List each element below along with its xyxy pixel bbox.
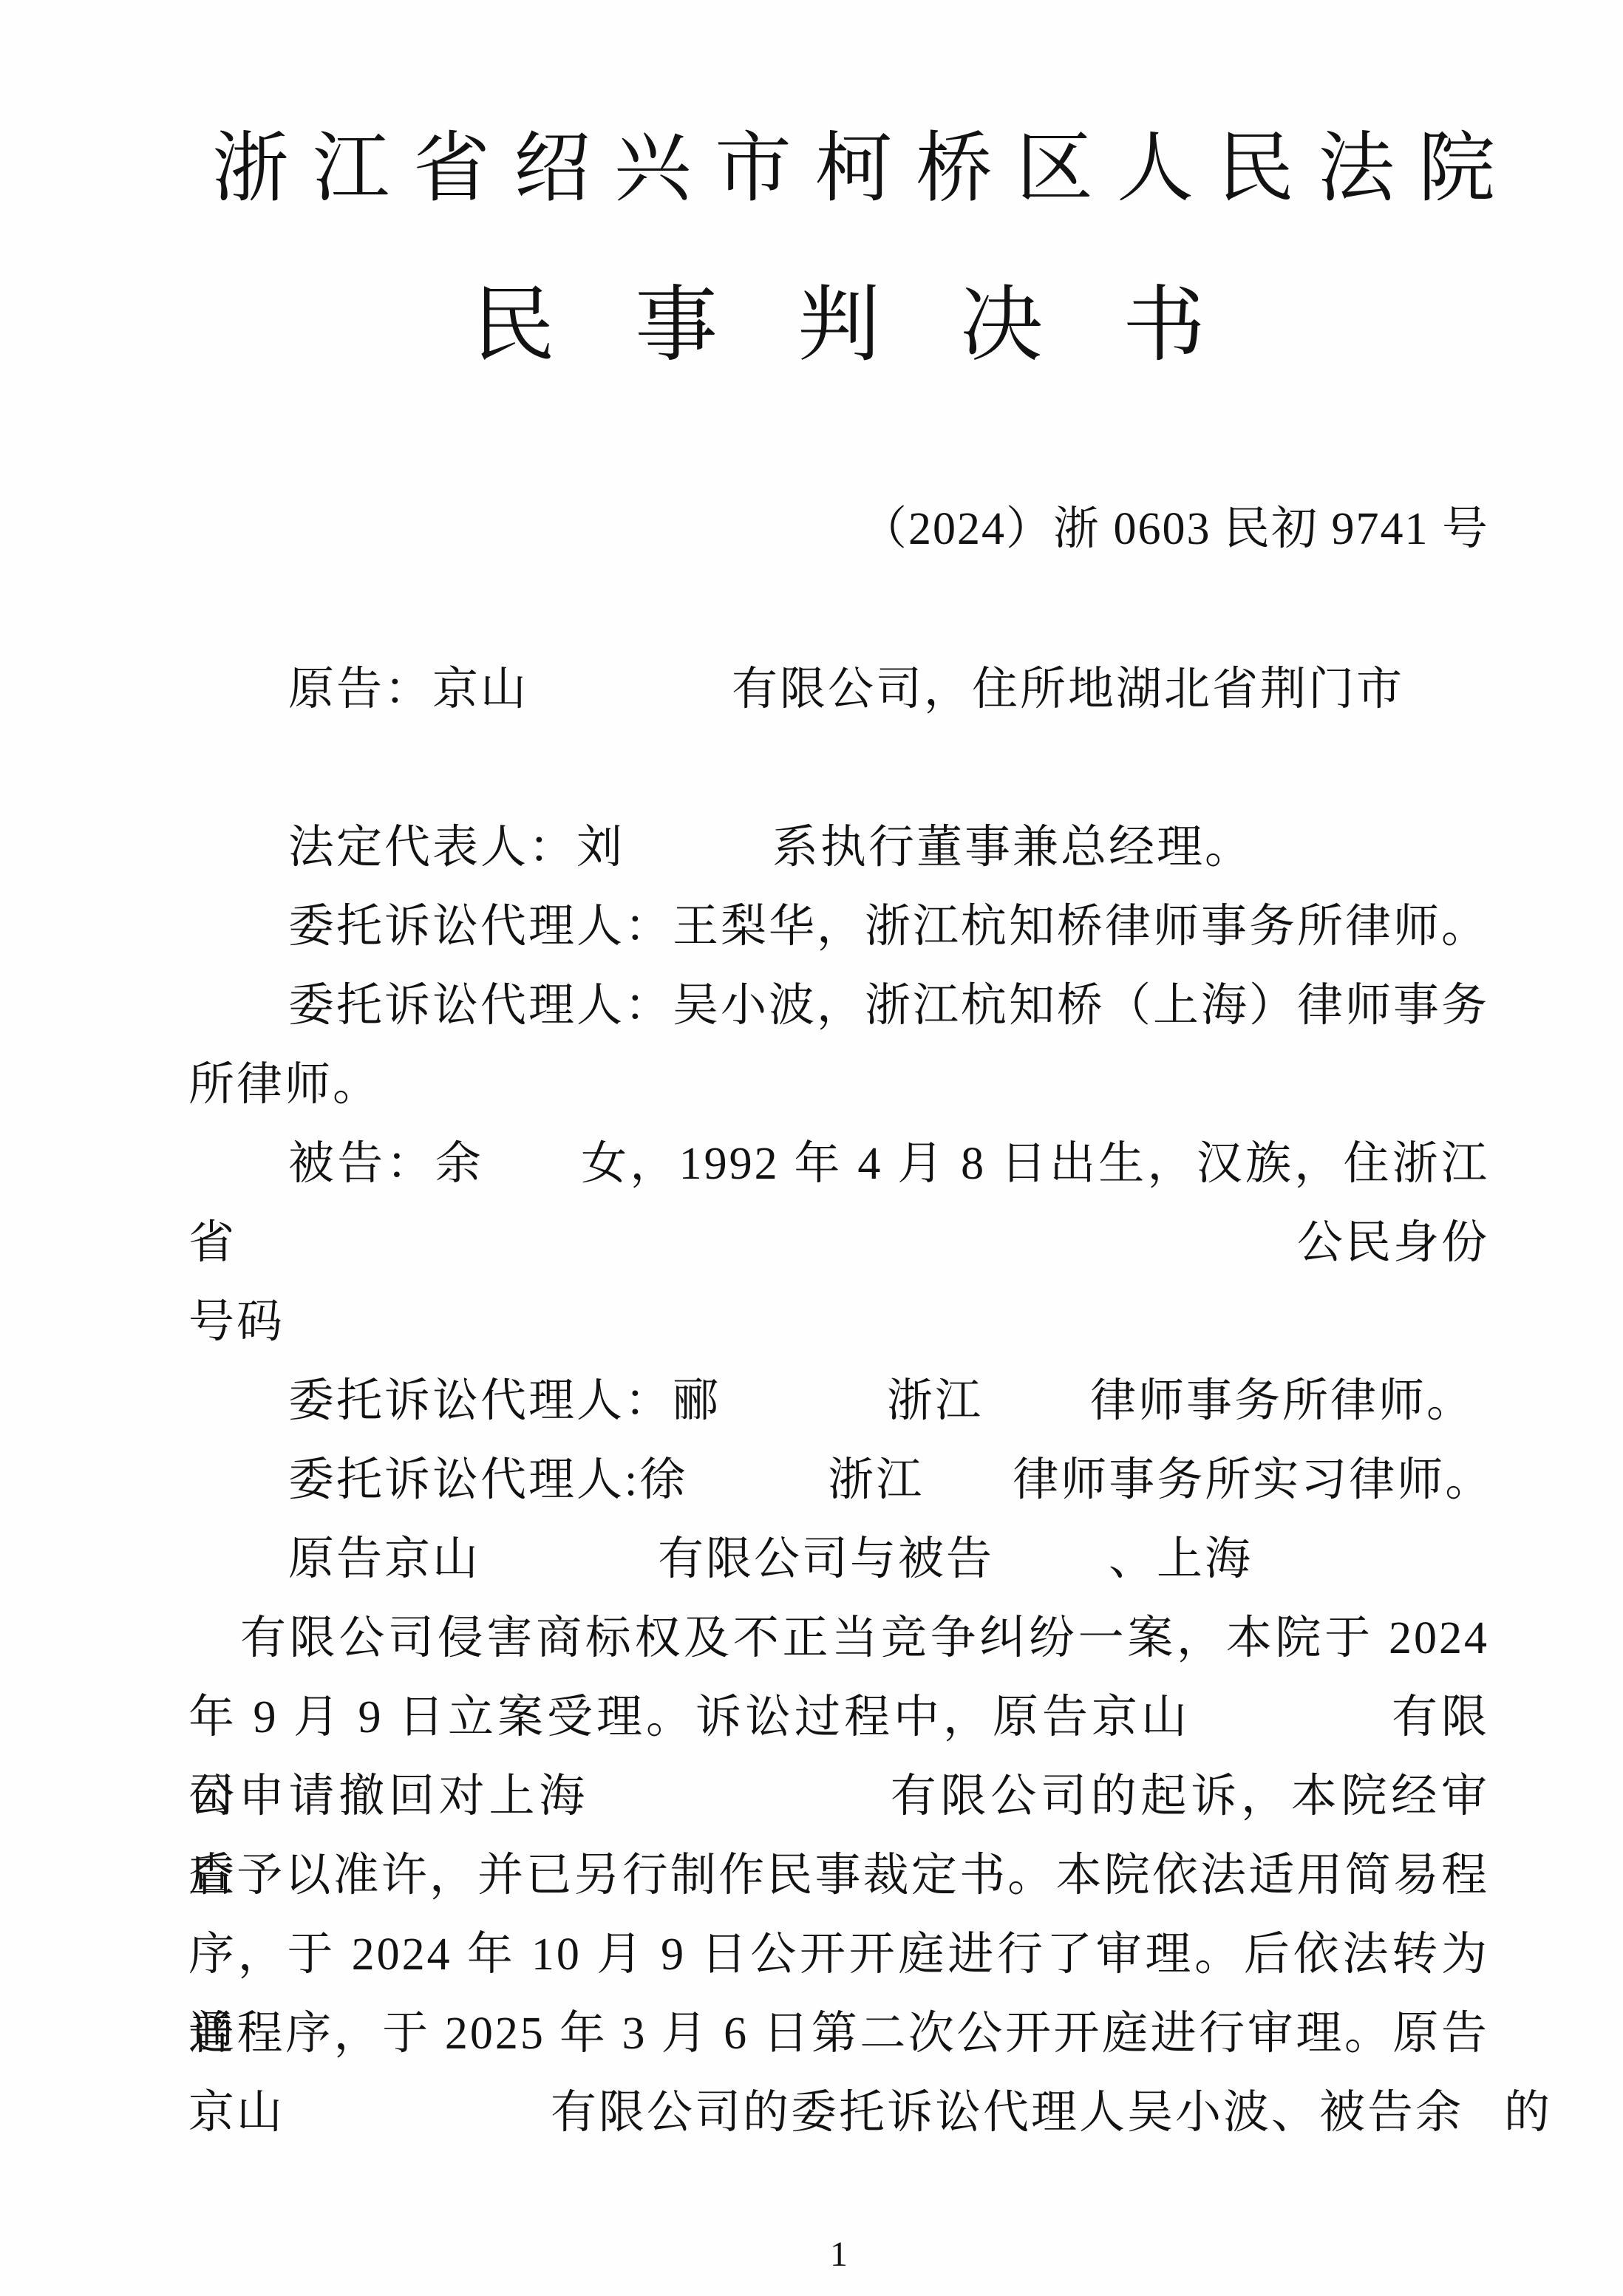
redaction-gap	[687, 1493, 828, 1495]
page-content: 浙江省绍兴市柯桥区人民法院 民事判决书 （2024）浙 0603 民初 9741…	[188, 0, 1489, 2296]
document-line: 后予以准许，并已另行制作民事裁定书。本院依法适用简易程	[188, 1836, 1489, 1915]
text-segment: 所律师。	[188, 1060, 381, 1110]
redaction-gap	[484, 1177, 580, 1179]
redaction-gap	[589, 1810, 888, 1811]
redaction-gap	[983, 1414, 1090, 1416]
text-segment: 女，1992 年 4 月 8 日出生，汉族，住浙江	[580, 1139, 1489, 1189]
text-segment: 法定代表人：刘	[288, 822, 625, 873]
text-segment: 号码	[188, 1297, 285, 1347]
document-line: 通程序，于 2025 年 3 月 6 日第二次公开开庭进行审理。原告	[188, 1994, 1489, 2074]
text-segment: 系执行董事兼总经理。	[772, 822, 1253, 873]
text-segment: 律师事务所律师。	[1090, 1376, 1474, 1426]
redaction-gap	[1191, 1731, 1390, 1732]
text-segment: 年 9 月 9 日立案受理。诉讼过程中，原告京山	[188, 1692, 1191, 1743]
text-segment: 律师事务所实习律师。	[1013, 1455, 1493, 1505]
text-segment: 委托诉讼代理人：王梨华，浙江杭知桥律师事务所律师。	[288, 902, 1489, 952]
text-segment: 公民身份	[1297, 1204, 1489, 1283]
blank-line	[188, 729, 1489, 808]
text-segment: 原告京山	[288, 1534, 480, 1584]
document-line: 原告京山有限公司与被告、上海	[188, 1520, 1489, 1599]
judgment-page: 浙江省绍兴市柯桥区人民法院 民事判决书 （2024）浙 0603 民初 9741…	[0, 0, 1623, 2296]
text-segment: 有限公司的委托诉讼代理人吴小波、被告余	[551, 2088, 1463, 2138]
document-type-text: 民事判决书	[392, 281, 1285, 372]
document-line: 委托诉讼代理人：吴小波，浙江杭知桥（上海）律师事务	[188, 967, 1489, 1046]
text-segment: 委托诉讼代理人：郦	[288, 1376, 721, 1426]
redaction-gap	[924, 1493, 1013, 1495]
text-segment: 有限公司与被告	[658, 1534, 994, 1584]
court-name-text: 浙江省绍兴市柯桥区人民法院	[188, 127, 1519, 211]
redaction-gap	[480, 1573, 658, 1574]
redaction-gap	[285, 2126, 551, 2128]
document-line: 委托诉讼代理人：王梨华，浙江杭知桥律师事务所律师。	[188, 888, 1489, 967]
document-line: 所律师。	[188, 1046, 1489, 1125]
document-line: 年 9 月 9 日立案受理。诉讼过程中，原告京山有限公	[188, 1678, 1489, 1757]
document-line: 委托诉讼代理人:徐浙江律师事务所实习律师。	[188, 1441, 1489, 1520]
text-segment: 浙江	[828, 1455, 924, 1505]
text-segment: 委托诉讼代理人:徐	[288, 1455, 687, 1505]
text-segment: 司申请撤回对上海	[188, 1771, 589, 1822]
text-segment: 的	[1504, 2088, 1552, 2138]
judgment-body: 原告：京山有限公司，住所地湖北省荆门市法定代表人：刘系执行董事兼总经理。委托诉讼…	[188, 650, 1489, 2153]
document-line: 序，于 2024 年 10 月 9 日公开开庭进行了审理。后依法转为普	[188, 1915, 1489, 1994]
text-segment: 有限公司侵害商标权及不正当竞争纠纷一案，本院于 2024	[240, 1613, 1489, 1663]
text-segment: 有限公司，住所地湖北省荆门市	[732, 664, 1404, 715]
text-segment: 京山	[188, 2088, 285, 2138]
document-line: 司申请撤回对上海有限公司的起诉，本院经审查	[188, 1757, 1489, 1836]
document-line: 省公民身份	[188, 1204, 1489, 1283]
document-line: 号码	[188, 1283, 1489, 1362]
redaction-gap	[721, 1414, 887, 1416]
text-segment: 、上海	[1109, 1534, 1253, 1584]
text-segment: 委托诉讼代理人：吴小波，浙江杭知桥（上海）律师事务	[288, 981, 1489, 1031]
page-number: 1	[188, 2233, 1489, 2276]
case-number: （2024）浙 0603 民初 9741 号	[861, 504, 1489, 554]
document-line: 京山有限公司的委托诉讼代理人吴小波、被告余的	[188, 2074, 1489, 2153]
document-type-heading: 民事判决书	[188, 281, 1489, 372]
text-segment: 原告：京山	[288, 664, 528, 715]
redaction-gap	[994, 1573, 1109, 1574]
document-line: 有限公司侵害商标权及不正当竞争纠纷一案，本院于 2024	[188, 1599, 1489, 1678]
text-segment: 省	[188, 1204, 237, 1283]
text-segment: 后予以准许，并已另行制作民事裁定书。本院依法适用简易程	[188, 1850, 1489, 1901]
redaction-gap	[1463, 2126, 1504, 2128]
document-line: 被告：余女，1992 年 4 月 8 日出生，汉族，住浙江	[188, 1125, 1489, 1204]
document-line: 委托诉讼代理人：郦浙江律师事务所律师。	[188, 1362, 1489, 1441]
text-segment: 浙江	[887, 1376, 983, 1426]
text-segment: 被告：余	[288, 1139, 484, 1189]
text-segment: 通程序，于 2025 年 3 月 6 日第二次公开开庭进行审理。原告	[188, 2009, 1489, 2059]
redaction-gap	[528, 703, 732, 704]
document-line: 法定代表人：刘系执行董事兼总经理。	[188, 808, 1489, 888]
document-line: 原告：京山有限公司，住所地湖北省荆门市	[188, 650, 1489, 729]
court-name-heading: 浙江省绍兴市柯桥区人民法院	[188, 127, 1489, 211]
redaction-gap	[625, 861, 772, 862]
